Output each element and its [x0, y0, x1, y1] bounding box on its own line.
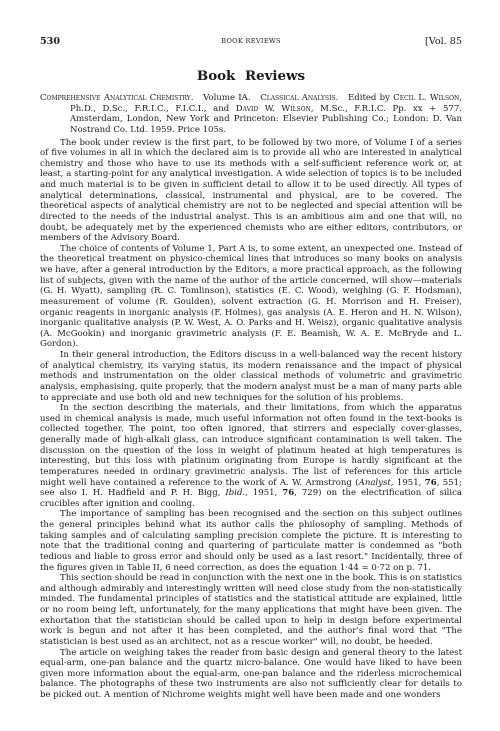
reference-volume: 76 — [282, 488, 294, 498]
book-title: Comprehensive Analytical Chemistry. — [40, 93, 193, 103]
paragraph: In their general introduction, the Edito… — [40, 350, 462, 403]
paragraph: The article on weighing takes the reader… — [40, 648, 462, 701]
reference-volume: 76 — [425, 478, 437, 488]
paragraph: This section should be read in conjuncti… — [40, 573, 462, 647]
paragraph-text: In the section describing the materials,… — [40, 403, 462, 487]
reference-year: , 1951, — [391, 478, 425, 488]
book-subtitle: Classical Analysis. — [260, 93, 338, 103]
editor-2-quals: M.Sc., F.R.I.C. — [320, 104, 386, 114]
editor-1-name: Cecil L. Wilson, — [393, 93, 462, 103]
running-title: BOOK REVIEWS — [40, 37, 462, 45]
section-title: Book Reviews — [40, 68, 462, 84]
paragraph: The importance of sampling has been reco… — [40, 509, 462, 573]
reference-ibid: Ibid. — [225, 488, 245, 498]
editor-1-quals: Ph.D., D.Sc., F.R.I.C., F.I.C.I., and — [70, 104, 229, 114]
paragraph: The choice of contents of Volume 1, Part… — [40, 244, 462, 350]
editor-2-name: David W. Wilson, — [236, 104, 314, 114]
book-volume: Volume IA. — [203, 93, 250, 103]
paragraph: The book under review is the first part,… — [40, 138, 462, 244]
paragraph-materials: In the section describing the materials,… — [40, 403, 462, 509]
review-body: Comprehensive Analytical Chemistry. Volu… — [40, 93, 462, 701]
volume-label: [Vol. 85 — [425, 36, 462, 47]
book-citation: Comprehensive Analytical Chemistry. Volu… — [40, 93, 462, 136]
reference-journal: Analyst — [359, 478, 391, 488]
edited-by: Edited by — [348, 93, 390, 103]
running-header: 530 BOOK REVIEWS [Vol. 85 — [40, 36, 462, 50]
reference-year: , 1951, — [245, 488, 282, 498]
